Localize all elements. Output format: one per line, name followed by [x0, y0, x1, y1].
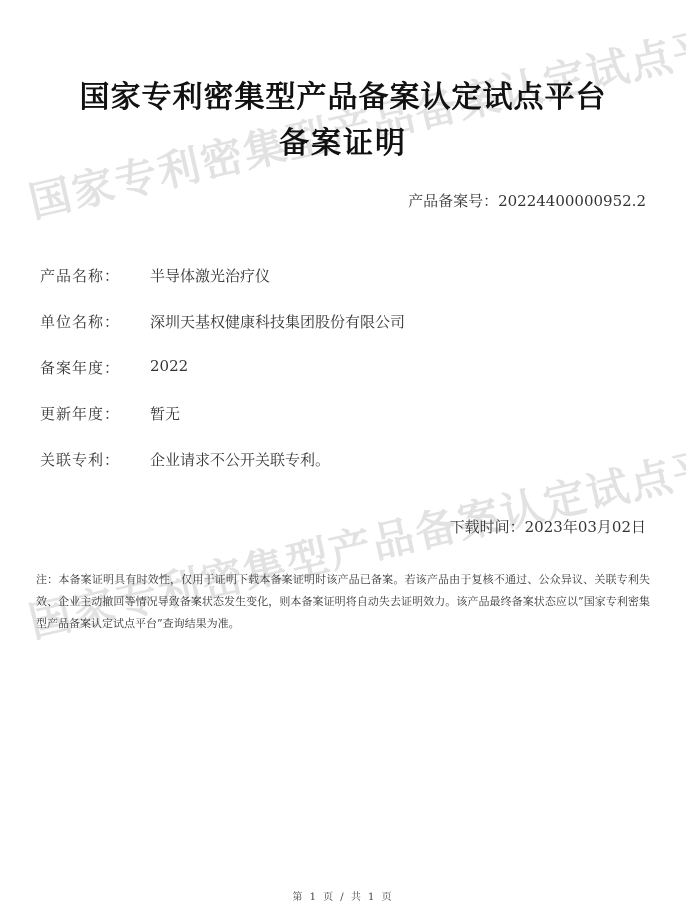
field-label: 关联专利：	[40, 449, 150, 470]
field-label: 产品名称：	[40, 265, 150, 286]
document-title: 国家专利密集型产品备案认定试点平台	[0, 72, 686, 116]
download-time-value: 2023年03月02日	[525, 518, 646, 536]
document-subtitle: 备案证明	[0, 118, 686, 162]
record-number-value: 20224400000952.2	[498, 192, 646, 210]
certificate-page: 国家专利密集型产品备案认定试点平台 备案证明 产品备案号：20224400000…	[0, 0, 686, 916]
field-value: 2022	[150, 357, 188, 375]
field-value: 企业请求不公开关联专利。	[150, 449, 330, 470]
page-indicator: 第 1 页 / 共 1 页	[0, 888, 686, 903]
field-update-year: 更新年度： 暂无	[40, 403, 405, 449]
field-label: 更新年度：	[40, 403, 150, 424]
download-time-label: 下载时间：	[450, 518, 525, 536]
field-value: 暂无	[150, 403, 180, 424]
certificate-fields: 产品名称： 半导体激光治疗仪 单位名称： 深圳天基权健康科技集团股份有限公司 备…	[40, 265, 405, 495]
disclaimer-note: 注：本备案证明具有时效性，仅用于证明下载本备案证明时该产品已备案。若该产品由于复…	[36, 569, 650, 635]
field-label: 备案年度：	[40, 357, 150, 378]
field-record-year: 备案年度： 2022	[40, 357, 405, 403]
record-number-label: 产品备案号：	[408, 192, 498, 210]
field-value: 半导体激光治疗仪	[150, 265, 270, 286]
download-time: 下载时间：2023年03月02日	[450, 516, 646, 537]
field-company-name: 单位名称： 深圳天基权健康科技集团股份有限公司	[40, 311, 405, 357]
record-number: 产品备案号：20224400000952.2	[408, 190, 646, 211]
field-related-patents: 关联专利： 企业请求不公开关联专利。	[40, 449, 405, 495]
field-value: 深圳天基权健康科技集团股份有限公司	[150, 311, 405, 332]
field-label: 单位名称：	[40, 311, 150, 332]
field-product-name: 产品名称： 半导体激光治疗仪	[40, 265, 405, 311]
